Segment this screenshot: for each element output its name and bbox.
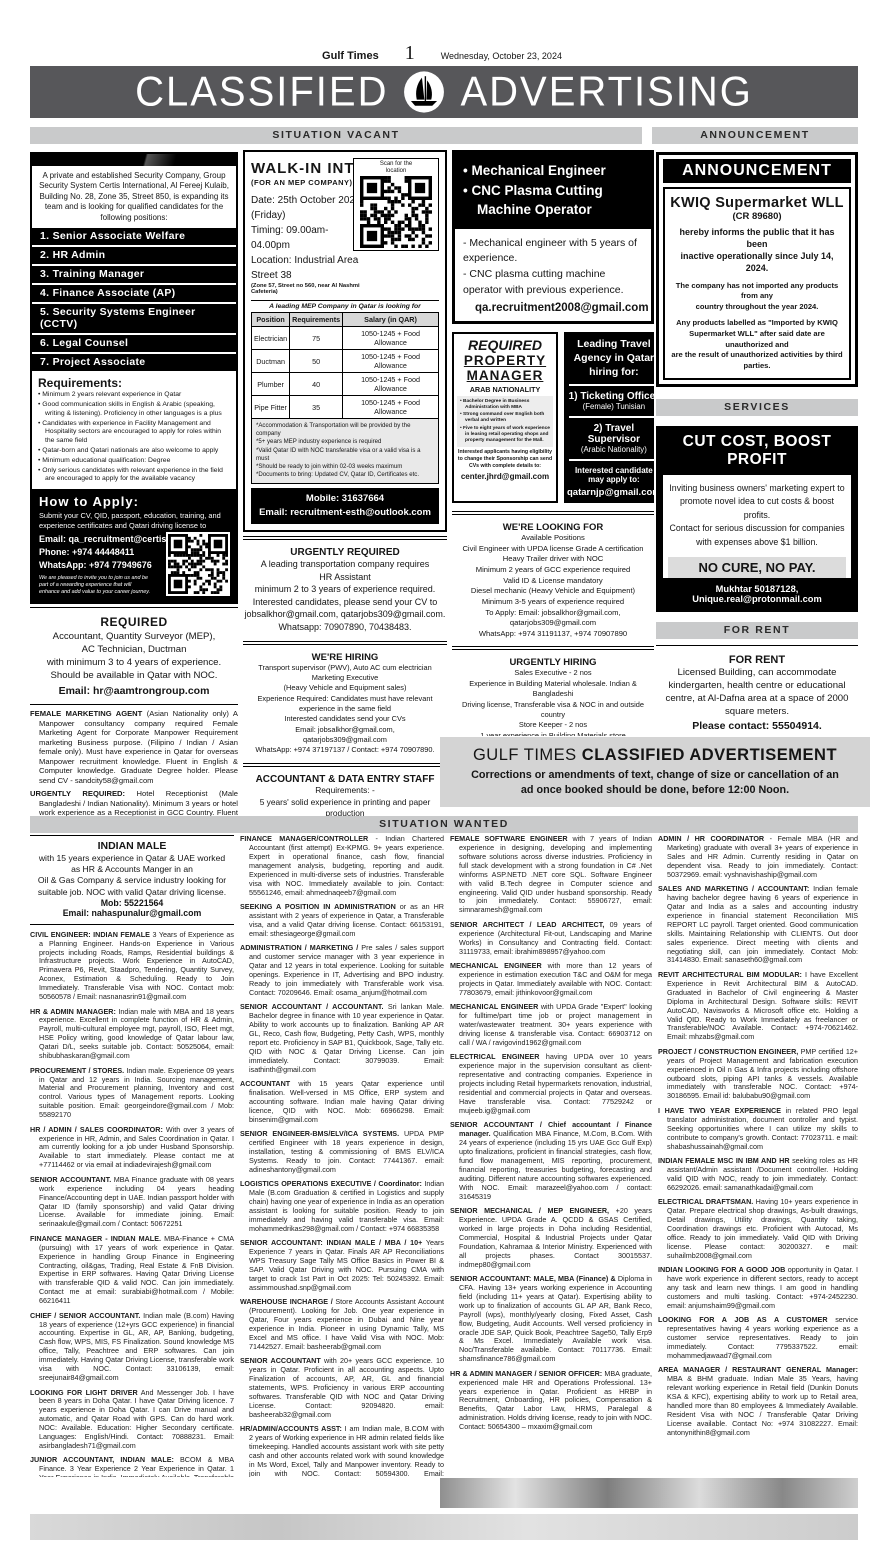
walkin-notes: *Accommodation & Transportation will be … xyxy=(251,419,439,484)
classified-ad-lead: SENIOR ACCOUNTANT. xyxy=(30,1175,111,1184)
page-number: 1 xyxy=(395,42,425,65)
position-item: 5. Security Systems Engineer (CCTV) xyxy=(32,304,236,335)
classified-ad-lead: PROJECT / CONSTRUCTION ENGINEER, xyxy=(658,1047,798,1056)
walkin-note: *Valid Qatar ID with NOC transferable vi… xyxy=(256,447,434,463)
classified-ad: SENIOR ARCHITECT / LEAD ARCHITECT, 09 ye… xyxy=(450,921,652,957)
for-rent-ad: FOR RENT Licensed Building, can accommod… xyxy=(656,649,858,736)
classified-ad: LOOKING FOR LIGHT DRIVER And Messenger J… xyxy=(30,1389,234,1451)
kwiq-title: KWIQ Supermarket WLL xyxy=(669,195,845,211)
position-item: 6. Legal Counsel xyxy=(32,335,236,354)
paper-name: Gulf Times xyxy=(322,50,379,62)
column-left: A private and established Security Compa… xyxy=(30,152,238,816)
walkin-table-caption: A leading MEP Company in Qatar is lookin… xyxy=(251,300,439,312)
masthead-banner: CLASSIFIED ADVERTISING xyxy=(30,66,858,118)
ad-nationality: ARAB NATIONALITY xyxy=(457,385,553,394)
requirement-item: • Bachelor Degree in Business Administra… xyxy=(460,399,550,411)
classified-ad: CHIEF / SENIOR ACCOUNTANT. Indian male (… xyxy=(30,1312,234,1383)
security-ad-how-to-apply: How to Apply: Submit your CV, QID, passp… xyxy=(32,489,236,602)
ad-email: qatarnjp@gmail.com xyxy=(567,487,654,498)
notice-title-light: GULF TIMES xyxy=(473,746,577,764)
mech-ad-email: qa.recruitment2008@gmail.com xyxy=(463,302,643,314)
ad-detail-line: - CNC plasma cutting machine operator wi… xyxy=(463,267,643,299)
classified-ad-lead: SENIOR ACCOUNTANT: INDIAN MALE / MBA / 1… xyxy=(240,1238,422,1247)
divider xyxy=(569,459,654,461)
travel-item-1: 1) Ticketing Officer xyxy=(567,391,654,402)
classified-ad-lead: SENIOR ACCOUNTANT: MALE, MBA (Finance) & xyxy=(450,1274,616,1283)
classified-ad-lead: INDIAN FEMALE MSC IN IBM AND HR xyxy=(658,1156,790,1165)
classified-ad-lead: SENIOR MECHANICAL / MEP ENGINEER, xyxy=(450,1206,609,1215)
classified-ad-lead: SEEKING A POSITION IN ADMINISTRATION xyxy=(240,902,396,911)
notice-title: GULF TIMES CLASSIFIED ADVERTISEMENT xyxy=(446,746,864,765)
classified-ad: REVIT ARCHITECTURAL BIM MODULAR: I have … xyxy=(658,971,858,1042)
classified-ad-lead: CIVIL ENGINEER: INDIAN FEMALE xyxy=(30,930,150,939)
situation-wanted-column-4: ADMIN / HR COORDINATOR - Female MBA (HR … xyxy=(658,835,858,1477)
hr-assistant-ad: URGENTLY REQUIRED A leading transportati… xyxy=(243,544,447,637)
section-bar-for-rent: FOR RENT xyxy=(656,622,858,639)
ad-title: REQUIRED xyxy=(32,615,236,629)
column-header: Position xyxy=(252,313,290,327)
ad-title: URGENTLY HIRING xyxy=(452,657,654,668)
classified-ad-lead: HR / ADMIN / SALES COORDINATOR: xyxy=(30,1125,163,1134)
ad-email: Email: hr@aamtrongroup.com xyxy=(32,685,236,697)
divider xyxy=(569,416,654,418)
kwiq-announcement-ad: ANNOUNCEMENT KWIQ Supermarket WLL (CR 89… xyxy=(656,152,858,387)
classified-ad-lead: ADMIN / HR COORDINATOR xyxy=(658,835,764,843)
walkin-contact: Mobile: 31637664 Email: recruitment-esth… xyxy=(251,488,439,525)
classified-ad: MECHANICAL ENGINEER with more than 12 ye… xyxy=(450,962,652,998)
classified-ad-lead: PROCUREMENT / STORES. xyxy=(30,1066,124,1075)
classified-ad-lead: HR & ADMIN MANAGER: xyxy=(30,1007,116,1016)
position-item: 2. HR Admin xyxy=(32,247,236,266)
requirement-item: • Good communication skills in English &… xyxy=(38,401,230,418)
walkin-note: *5+ years MEP industry experience is req… xyxy=(256,438,434,446)
ad-title-line2: MANAGER xyxy=(457,368,553,383)
requirement-item: • Minimum educational qualification: Deg… xyxy=(38,457,230,465)
ad-title: WE'RE LOOKING FOR xyxy=(452,522,654,533)
divider xyxy=(243,763,447,767)
table-cell: 1050-1245 + Food Allowance xyxy=(343,373,439,396)
ad-title: REQUIRED xyxy=(457,337,553,353)
classified-ad: SENIOR ACCOUNTANT / ACCOUNTANT. Sri lank… xyxy=(240,1003,444,1074)
walkin-mobile: Mobile: 31637664 xyxy=(253,492,437,506)
classified-ad: SENIOR ACCOUNTANT / Chief accountant / F… xyxy=(450,1121,652,1201)
classified-ad: SENIOR ACCOUNTANT: INDIAN MALE / MBA / 1… xyxy=(240,1239,444,1293)
column-right: ANNOUNCEMENT KWIQ Supermarket WLL (CR 89… xyxy=(656,152,858,736)
ad-title: URGENTLY REQUIRED xyxy=(243,547,447,558)
section-bar-situation-vacant: SITUATION VACANT xyxy=(30,127,642,144)
situation-wanted-column-1: INDIAN MALE with 15 years experience in … xyxy=(30,835,234,1477)
ad-contact: Mukhtar 50187128, Unique.real@protonmail… xyxy=(663,578,851,605)
divider xyxy=(243,641,447,645)
ad-body: Inviting business owners' marketing expe… xyxy=(668,482,846,550)
classified-ad-lead: ADMINISTRATION / MARKETING / xyxy=(240,943,358,952)
ad-email: center.jhrd@gmail.com xyxy=(457,472,553,481)
classified-ad-lead: LOOKING FOR A JOB AS A CUSTOMER xyxy=(658,1315,828,1324)
ad-body: Licensed Building, can accommodate kinde… xyxy=(656,667,858,719)
security-ad-requirements: Requirements: • Minimum 2 years relevant… xyxy=(32,373,236,489)
table-cell: 35 xyxy=(290,396,343,419)
classified-ads-list: ADMIN / HR COORDINATOR - Female MBA (HR … xyxy=(658,835,858,1438)
classified-ad: WAREHOUSE INCHARGE / Store Accounts Assi… xyxy=(240,1298,444,1352)
ad-decorative-swoosh xyxy=(32,154,236,166)
column-mid-left: Scan for the location WALK-IN INTERVIEW … xyxy=(243,150,447,816)
divider xyxy=(569,384,654,386)
kwiq-line1: hereby informs the public that it has be… xyxy=(669,226,845,275)
classified-ad: HR & ADMIN MANAGER: Indian male with MBA… xyxy=(30,1008,234,1062)
requirement-item: • Candidates with experience in Facility… xyxy=(38,420,230,445)
classified-ad-lead: MECHANICAL ENGINEER xyxy=(450,961,542,970)
classified-ad: I HAVE TWO YEAR EXPERIENCE in related PR… xyxy=(658,1107,858,1152)
classified-ad: INDIAN FEMALE MSC IN IBM AND HR seeking … xyxy=(658,1157,858,1193)
requirement-item: • Five to eight years of work experience… xyxy=(460,426,550,445)
classified-ad-lead: LOGISTICS OPERATIONS EXECUTIVE / Coordin… xyxy=(240,1179,422,1188)
classified-ad: FEMALE MARKETING AGENT (Asian Nationalit… xyxy=(30,709,238,785)
ad-body: A leading transportation company require… xyxy=(243,558,447,634)
newspaper-page: Gulf Times 1 Wednesday, October 23, 2024… xyxy=(0,0,884,1548)
position-item: 1. Senior Associate Welfare xyxy=(32,228,236,247)
announcement-heading: ANNOUNCEMENT xyxy=(663,159,851,183)
security-ad-fine-print: We are pleased to invite you to join us … xyxy=(39,575,153,597)
table-cell: Ductman xyxy=(252,350,290,373)
classified-ad-lead: SENIOR ARCHITECT / LEAD ARCHITECT, xyxy=(450,920,604,929)
mechanical-cnc-ad: • Mechanical Engineer• CNC Plasma Cuttin… xyxy=(452,150,654,324)
classified-ad-lead: SENIOR ACCOUNTANT / ACCOUNTANT. xyxy=(240,1002,384,1011)
classified-ad: FINANCE MANAGER - INDIAN MALE. MBA-Finan… xyxy=(30,1235,234,1306)
classified-ad: ADMINISTRATION / MARKETING / Pre sales /… xyxy=(240,944,444,998)
divider xyxy=(452,646,654,650)
classified-ad-lead: MECHANICAL ENGINEER xyxy=(450,1002,538,1011)
gulf-times-notice: GULF TIMES CLASSIFIED ADVERTISEMENT Corr… xyxy=(440,737,870,807)
ad-body: Available Positions Civil Engineer with … xyxy=(452,533,654,639)
featured-ad-mobile: Mob: 55221564 xyxy=(30,898,234,908)
classified-ad: ACCOUNTANT with 15 years Qatar experienc… xyxy=(240,1080,444,1125)
requirement-item: • Strong command over English both verba… xyxy=(460,412,550,424)
requirements-title: Requirements: xyxy=(38,376,230,390)
featured-ad-email: Email: nahaspunalur@gmail.com xyxy=(30,908,234,918)
classified-ad: SENIOR ACCOUNTANT with 20+ years GCC exp… xyxy=(240,1357,444,1419)
travel-item-1-sub: (Female) Tunisian xyxy=(567,402,654,411)
qr-caption: Scan for the location xyxy=(356,161,436,175)
qr-code xyxy=(166,532,230,596)
situation-wanted-column-3: FEMALE SOFTWARE ENGINEER with 7 years of… xyxy=(450,835,652,1477)
ad-detail-line: - Mechanical engineer with 5 years of ex… xyxy=(463,236,643,268)
classified-ad: ELECTRICAL ENGINEER having UPDA over 10 … xyxy=(450,1053,652,1115)
ad-title: ACCOUNTANT & DATA ENTRY STAFF xyxy=(243,774,447,785)
classified-ad-lead: HR & ADMIN MANAGER / SENIOR OFFICER: xyxy=(450,1369,602,1378)
security-company-ad: A private and established Security Compa… xyxy=(30,152,238,604)
ad-contact: Please contact: 55504914. xyxy=(656,720,858,732)
table-row: Electrician751050-1245 + Food Allowance xyxy=(252,327,439,350)
classified-ad: CIVIL ENGINEER: INDIAN FEMALE 3 Years of… xyxy=(30,931,234,1002)
classified-ad-lead: REVIT ARCHITECTURAL BIM MODULAR: xyxy=(658,970,802,979)
mech-ad-positions: • Mechanical Engineer• CNC Plasma Cuttin… xyxy=(455,153,651,229)
situation-wanted-column-2: FINANCE MANAGER/CONTROLLER - Indian Char… xyxy=(240,835,444,1477)
table-cell: 1050-1245 + Food Allowance xyxy=(343,396,439,419)
walkin-qr-block: Scan for the location xyxy=(353,158,439,251)
classified-ad-lead: CHIEF / SENIOR ACCOUNTANT. xyxy=(30,1311,140,1320)
classified-ad: SALES AND MARKETING / ACCOUNTANT: Indian… xyxy=(658,885,858,965)
table-cell: 1050-1245 + Food Allowance xyxy=(343,327,439,350)
ad-heading: Leading Travel Agency in Qatar hiring fo… xyxy=(567,337,654,380)
masthead-title-right: ADVERTISING xyxy=(460,68,752,115)
ad-title: FOR RENT xyxy=(656,654,858,666)
section-bar-situation-wanted: SITUATION WANTED xyxy=(30,816,858,833)
table-cell: 1050-1245 + Food Allowance xyxy=(343,350,439,373)
accountant-data-entry-ad: ACCOUNTANT & DATA ENTRY STAFF Requiremen… xyxy=(243,771,447,816)
classified-ads-list: FINANCE MANAGER/CONTROLLER - Indian Char… xyxy=(240,835,444,1477)
classified-ad: FINANCE MANAGER/CONTROLLER - Indian Char… xyxy=(240,835,444,897)
classified-ad: HR & ADMIN MANAGER / SENIOR OFFICER: MBA… xyxy=(450,1370,652,1432)
travel-item-2-sub: (Arabic Nationality) xyxy=(567,445,654,454)
table-cell: 75 xyxy=(290,327,343,350)
ad-title-line1: PROPERTY xyxy=(457,353,553,368)
classified-ad-lead: FINANCE MANAGER - INDIAN MALE. xyxy=(30,1234,161,1243)
walkin-note: *Accommodation & Transportation will be … xyxy=(256,422,434,438)
ad-body: Transport supervisor (PWV), Auto AC cum … xyxy=(243,663,447,756)
ad-body: Accountant, Quantity Surveyor (MEP), AC … xyxy=(32,631,236,683)
kwiq-line3: Any products labelled as "Imported by KW… xyxy=(669,318,845,371)
classified-ad-lead: ELECTRICAL ENGINEER xyxy=(450,1052,539,1061)
requirements-list: • Minimum 2 years relevant experience in… xyxy=(38,391,230,483)
classified-ad-lead: HR/ADMIN/ACCOUNTS ASST: xyxy=(240,1424,342,1433)
divider xyxy=(243,536,447,540)
classified-ad-lead: INDIAN LOOKING FOR A GOOD JOB xyxy=(658,1265,785,1274)
classified-ad: SENIOR ACCOUNTANT. MBA Finance graduate … xyxy=(30,1176,234,1230)
notice-title-bold: CLASSIFIED ADVERTISEMENT xyxy=(582,746,837,764)
ad-title: CUT COST, BOOST PROFIT xyxy=(663,433,851,469)
classified-ad-lead: I HAVE TWO YEAR EXPERIENCE xyxy=(658,1106,781,1115)
classified-ad-lead: URGENTLY REQUIRED: xyxy=(30,789,125,798)
qr-code xyxy=(360,176,432,248)
classified-ad-lead: SENIOR ENGINEER-BMS/ELV/ICA SYSTEMS. xyxy=(240,1129,399,1138)
classified-ads-list: FEMALE SOFTWARE ENGINEER with 7 years of… xyxy=(450,835,652,1432)
issue-date: Wednesday, October 23, 2024 xyxy=(441,51,562,61)
required-mep-ad: REQUIRED Accountant, Quantity Surveyor (… xyxy=(30,611,238,701)
classified-ad: AREA MANAGER / RESTAURANT GENERAL Manage… xyxy=(658,1366,858,1437)
walkin-salary-table: PositionRequirementsSalary (in QAR) Elec… xyxy=(251,312,439,419)
ad-title: WE'RE HIRING xyxy=(243,652,447,663)
travel-item-2: 2) Travel Supervisor xyxy=(567,423,654,445)
classified-ad-lead: ELECTRICAL DRAFTSMAN. xyxy=(658,1197,753,1206)
classified-ad: PROCUREMENT / STORES. Indian male. Exper… xyxy=(30,1067,234,1121)
walkin-note: *Should be ready to join within 02-03 we… xyxy=(256,463,434,471)
classified-ad-lead: SALES AND MARKETING / ACCOUNTANT: xyxy=(658,884,809,893)
kwiq-line2: The company has not imported any product… xyxy=(669,281,845,313)
property-manager-ad: REQUIRED PROPERTY MANAGER ARAB NATIONALI… xyxy=(452,332,558,504)
urgently-hiring-ad: URGENTLY HIRING Sales Executive - 2 nos … xyxy=(452,654,654,736)
ad-note: Interested applicants having eligibility… xyxy=(457,449,553,469)
travel-agency-ad: Leading Travel Agency in Qatar hiring fo… xyxy=(564,332,654,504)
decorative-gradient-bar xyxy=(440,1478,858,1508)
classified-ad-lead: FEMALE SOFTWARE ENGINEER xyxy=(450,835,568,843)
walk-in-interview-ad: Scan for the location WALK-IN INTERVIEW … xyxy=(243,150,447,532)
classified-ad: URGENTLY REQUIRED: Hotel Receptionist (M… xyxy=(30,789,238,816)
classified-ad: PROJECT / CONSTRUCTION ENGINEER, PMP cer… xyxy=(658,1048,858,1102)
ad-note: Interested candidate may apply to: xyxy=(567,466,654,484)
property-requirements-list: • Bachelor Degree in Business Administra… xyxy=(457,396,553,448)
featured-classified-ad: INDIAN MALE with 15 years experience in … xyxy=(30,835,234,925)
position-item: 3. Training Manager xyxy=(32,266,236,285)
classified-ad: FEMALE SOFTWARE ENGINEER with 7 years of… xyxy=(450,835,652,915)
divider xyxy=(30,704,238,705)
classified-ad: SENIOR MECHANICAL / MEP ENGINEER, +20 ye… xyxy=(450,1207,652,1269)
table-cell: 50 xyxy=(290,350,343,373)
classified-ad: INDIAN LOOKING FOR A GOOD JOB opportunit… xyxy=(658,1266,858,1311)
kwiq-cr-number: (CR 89680) xyxy=(669,211,845,222)
column-mid-right: • Mechanical Engineer• CNC Plasma Cuttin… xyxy=(452,150,654,736)
requirement-item: • Minimum 2 years relevant experience in… xyxy=(38,391,230,399)
divider xyxy=(656,645,858,646)
position-item: 4. Finance Associate (AP) xyxy=(32,285,236,304)
cut-cost-services-ad: CUT COST, BOOST PROFIT Inviting business… xyxy=(656,426,858,612)
classified-ad-lead: WAREHOUSE INCHARGE / xyxy=(240,1297,333,1306)
classified-ad: HR / ADMIN / SALES COORDINATOR: With ove… xyxy=(30,1126,234,1171)
classified-ads-list: CIVIL ENGINEER: INDIAN FEMALE 3 Years of… xyxy=(30,931,234,1477)
table-cell: 40 xyxy=(290,373,343,396)
classified-ad: SENIOR ACCOUNTANT: MALE, MBA (Finance) &… xyxy=(450,1275,652,1364)
security-ad-intro: A private and established Security Compa… xyxy=(32,166,236,228)
were-looking-for-ad: WE'RE LOOKING FOR Available Positions Ci… xyxy=(452,519,654,642)
classified-ad-lead: JUNIOR ACCOUNTANT, INDIAN MALE: xyxy=(30,1455,174,1464)
section-bar-services: SERVICES xyxy=(656,399,858,416)
requirement-item: • Only serious candidates with relevant … xyxy=(38,467,230,484)
dhow-boat-icon xyxy=(402,70,446,114)
table-row: Ductman501050-1245 + Food Allowance xyxy=(252,350,439,373)
featured-ad-body: with 15 years experience in Qatar & UAE … xyxy=(30,853,234,898)
requirement-item: • Qatar-born and Qatari nationals are al… xyxy=(38,447,230,455)
page-header: Gulf Times 1 Wednesday, October 23, 2024 xyxy=(0,42,884,65)
position-item: • CNC Plasma Cutting Machine Operator xyxy=(463,181,643,220)
section-bar-announcement: ANNOUNCEMENT xyxy=(652,127,858,144)
walkin-note: *Documents to bring: Updated CV, Qatar I… xyxy=(256,471,434,479)
classified-ad: HR/ADMIN/ACCOUNTS ASST: I am Indian male… xyxy=(240,1425,444,1477)
table-cell: Electrician xyxy=(252,327,290,350)
classified-ad: ELECTRICAL DRAFTSMAN. Having 10+ years e… xyxy=(658,1198,858,1260)
classified-ad: MECHANICAL ENGINEER with UPDA Grade "Exp… xyxy=(450,1003,652,1048)
column-header: Salary (in QAR) xyxy=(343,313,439,327)
classified-ad-lead: AREA MANAGER / RESTAURANT GENERAL Manage… xyxy=(658,1365,858,1374)
ad-slogan: NO CURE, NO PAY. xyxy=(668,557,846,578)
table-row: Pipe Fitter351050-1245 + Food Allowance xyxy=(252,396,439,419)
classified-ad-lead: SENIOR ACCOUNTANT / Chief accountant / F… xyxy=(450,1120,652,1138)
decorative-gradient-bar xyxy=(30,1514,858,1540)
classified-ad: JUNIOR ACCOUNTANT, INDIAN MALE: BCOM & M… xyxy=(30,1456,234,1477)
divider xyxy=(452,511,654,515)
mech-ad-details: - Mechanical engineer with 5 years of ex… xyxy=(463,236,643,299)
security-ad-positions-list: 1. Senior Associate Welfare2. HR Admin3.… xyxy=(32,228,236,373)
classified-ad-body: (Asian Nationality only) A Manpower cons… xyxy=(39,709,238,784)
table-header-row: PositionRequirementsSalary (in QAR) xyxy=(252,313,439,327)
classified-ad: ADMIN / HR COORDINATOR - Female MBA (HR … xyxy=(658,835,858,880)
walkin-email: Email: recruitment-esth@outlook.com xyxy=(253,506,437,520)
ad-body: Requirements: - 5 years' solid experienc… xyxy=(243,785,447,816)
how-to-apply-body: Submit your CV, QID, passport, education… xyxy=(39,511,221,530)
table-row: Plumber401050-1245 + Food Allowance xyxy=(252,373,439,396)
position-item: 7. Project Associate xyxy=(32,354,236,373)
walkin-timing: Timing: 09.00am-04.00pm xyxy=(251,223,361,253)
were-hiring-ad: WE'RE HIRING Transport supervisor (PWV),… xyxy=(243,649,447,759)
masthead-title-left: CLASSIFIED xyxy=(135,68,388,115)
classified-ad-lead: FINANCE MANAGER/CONTROLLER xyxy=(240,835,368,843)
walkin-location-note: (Zone 57, Street no 560, near Al Nashmi … xyxy=(251,283,361,295)
column-header: Requirements xyxy=(290,313,343,327)
walkin-date: Date: 25th October 2024 (Friday) xyxy=(251,193,361,223)
how-to-apply-title: How to Apply: xyxy=(39,494,229,509)
table-cell: Pipe Fitter xyxy=(252,396,290,419)
featured-ad-title: INDIAN MALE xyxy=(30,840,234,852)
position-item: • Mechanical Engineer xyxy=(463,161,643,181)
classified-ad: LOGISTICS OPERATIONS EXECUTIVE / Coordin… xyxy=(240,1180,444,1234)
classified-ad: SEEKING A POSITION IN ADMINISTRATION or … xyxy=(240,903,444,939)
classified-ad-lead: FEMALE MARKETING AGENT xyxy=(30,709,142,718)
ad-body: Sales Executive - 2 nos Experience in Bu… xyxy=(452,668,654,736)
classified-ad-lead: SENIOR ACCOUNTANT xyxy=(240,1356,321,1365)
divider xyxy=(30,607,238,608)
walkin-location: Location: Industrial Area Street 38 xyxy=(251,253,361,283)
classified-ad: LOOKING FOR A JOB AS A CUSTOMER service … xyxy=(658,1316,858,1361)
classified-ad-lead: LOOKING FOR LIGHT DRIVER xyxy=(30,1388,138,1397)
classified-ad-lead: ACCOUNTANT xyxy=(240,1079,290,1088)
notice-body: Corrections or amendments of text, chang… xyxy=(446,768,864,797)
table-cell: Plumber xyxy=(252,373,290,396)
classified-ad: SENIOR ENGINEER-BMS/ELV/ICA SYSTEMS. UPD… xyxy=(240,1130,444,1175)
